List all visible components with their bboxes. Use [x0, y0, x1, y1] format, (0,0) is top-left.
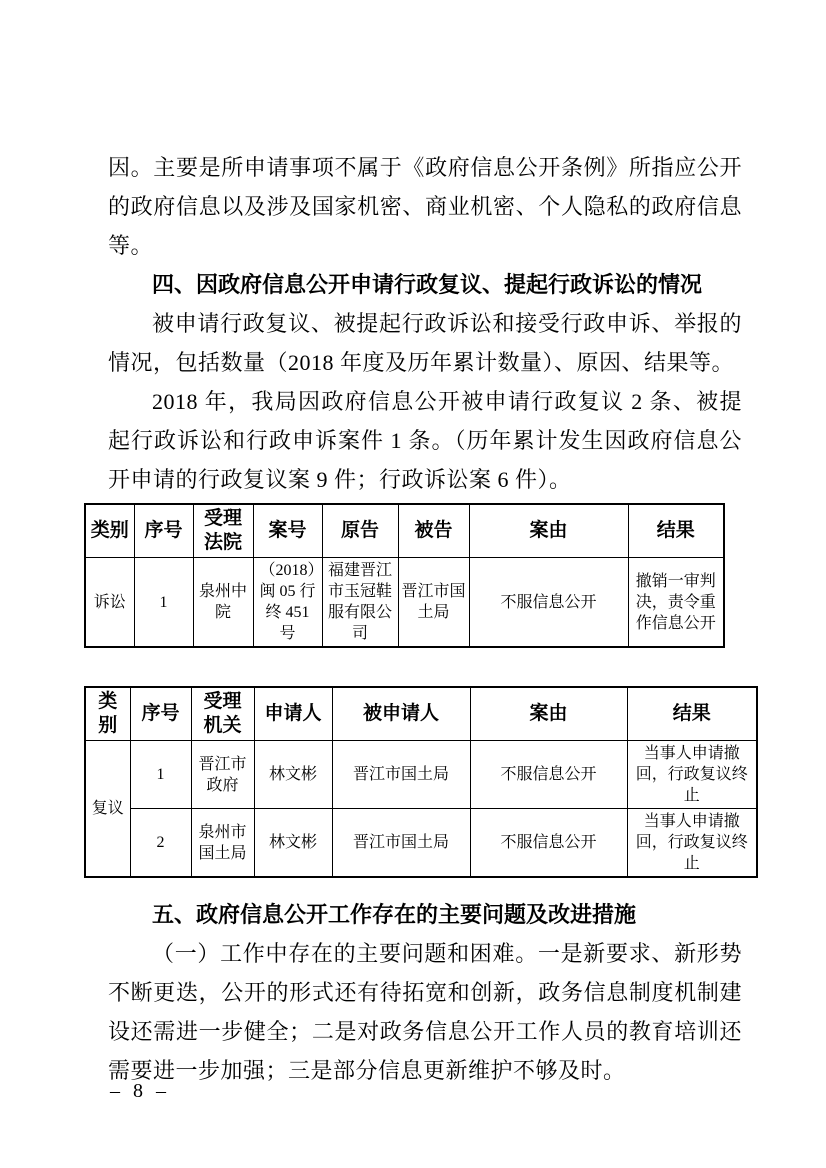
- header-seq: 序号: [130, 687, 191, 741]
- cell-result: 当事人申请撤回，行政复议终止: [627, 741, 757, 809]
- cell-respondent: 晋江市国土局: [332, 809, 470, 878]
- review-row-2: 2 泉州市国土局 林文彬 晋江市国土局 不服信息公开 当事人申请撤回，行政复议终…: [85, 809, 757, 878]
- header-category: 类别: [85, 504, 134, 558]
- cell-court: 泉州中院: [193, 558, 253, 648]
- paragraph-problems: （一）工作中存在的主要问题和困难。一是新要求、新形势不断更迭，公开的形式还有待拓…: [108, 934, 742, 1090]
- cell-defendant: 晋江市国土局: [398, 558, 469, 648]
- review-table: 类别 序号 受理机关 申请人 被申请人 案由 结果 复议 1 晋江市政府 林文彬…: [84, 686, 758, 878]
- review-row-1: 复议 1 晋江市政府 林文彬 晋江市国土局 不服信息公开 当事人申请撤回，行政复…: [85, 741, 757, 809]
- cell-plaintiff: 福建晋江市玉冠鞋服有限公司: [322, 558, 398, 648]
- cell-result: 撤销一审判决，责令重作信息公开: [628, 558, 724, 648]
- paragraph-2018-cases: 2018 年，我局因政府信息公开被申请行政复议 2 条、被提起行政诉讼和行政申诉…: [108, 382, 742, 499]
- cell-category: 复议: [85, 741, 130, 878]
- litigation-header-row: 类别 序号 受理法院 案号 原告 被告 案由 结果: [85, 504, 724, 558]
- header-result: 结果: [628, 504, 724, 558]
- document-content: 因。主要是所申请事项不属于《政府信息公开条例》所指应公开的政府信息以及涉及国家机…: [108, 148, 742, 1090]
- header-court: 受理法院: [193, 504, 253, 558]
- header-applicant: 申请人: [254, 687, 332, 741]
- cell-cause: 不服信息公开: [469, 558, 628, 648]
- cell-respondent: 晋江市国土局: [332, 741, 470, 809]
- cell-cause: 不服信息公开: [470, 809, 627, 878]
- cell-cause: 不服信息公开: [470, 741, 627, 809]
- cell-applicant: 林文彬: [254, 741, 332, 809]
- cell-organ: 泉州市国土局: [191, 809, 254, 878]
- paragraph-continuation: 因。主要是所申请事项不属于《政府信息公开条例》所指应公开的政府信息以及涉及国家机…: [108, 148, 742, 265]
- header-case-no: 案号: [253, 504, 322, 558]
- header-result: 结果: [627, 687, 757, 741]
- litigation-row: 诉讼 1 泉州中院 （2018）闽 05 行终 451 号 福建晋江市玉冠鞋服有…: [85, 558, 724, 648]
- header-cause: 案由: [469, 504, 628, 558]
- cell-case-no: （2018）闽 05 行终 451 号: [253, 558, 322, 648]
- cell-organ: 晋江市政府: [191, 741, 254, 809]
- header-category: 类别: [85, 687, 130, 741]
- header-plaintiff: 原告: [322, 504, 398, 558]
- section-heading-5: 五、政府信息公开工作存在的主要问题及改进措施: [108, 895, 742, 934]
- cell-result: 当事人申请撤回，行政复议终止: [627, 809, 757, 878]
- cell-seq: 2: [130, 809, 191, 878]
- cell-applicant: 林文彬: [254, 809, 332, 878]
- header-defendant: 被告: [398, 504, 469, 558]
- cell-category: 诉讼: [85, 558, 134, 648]
- paragraph-complaint-overview: 被申请行政复议、被提起行政诉讼和接受行政申诉、举报的情况，包括数量（2018 年…: [108, 304, 742, 382]
- cell-seq: 1: [134, 558, 193, 648]
- page-number: – 8 –: [110, 1078, 170, 1104]
- header-seq: 序号: [134, 504, 193, 558]
- header-organ: 受理机关: [191, 687, 254, 741]
- cell-seq: 1: [130, 741, 191, 809]
- header-cause: 案由: [470, 687, 627, 741]
- section-heading-4: 四、因政府信息公开申请行政复议、提起行政诉讼的情况: [108, 265, 742, 304]
- review-header-row: 类别 序号 受理机关 申请人 被申请人 案由 结果: [85, 687, 757, 741]
- header-respondent: 被申请人: [332, 687, 470, 741]
- litigation-table: 类别 序号 受理法院 案号 原告 被告 案由 结果 诉讼 1 泉州中院 （201…: [84, 503, 725, 648]
- document-page: 因。主要是所申请事项不属于《政府信息公开条例》所指应公开的政府信息以及涉及国家机…: [0, 0, 826, 1168]
